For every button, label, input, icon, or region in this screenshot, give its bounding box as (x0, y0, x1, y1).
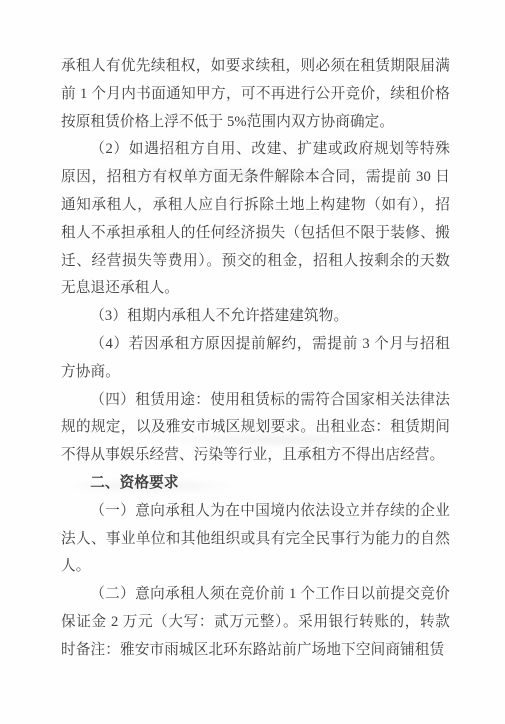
paragraph-qualification-1: （一）意向承租人为在中国境内依法设立并存续的企业法人、事业单位和其他组织或具有完… (61, 498, 450, 581)
paragraph-clause-3-no-construction: （3）租期内承租人不允许搭建建筑物。 (61, 303, 450, 331)
paragraph-clause-2-termination: （2）如遇招租方自用、改建、扩建或政府规划等特殊原因，招租方有权单方面无条件解除… (61, 136, 450, 303)
document-text-block: 承租人有优先续租权，如要求续租，则必须在租赁期限届满前 1 个月内书面通知甲方，… (61, 53, 450, 665)
document-page: 承租人有优先续租权，如要求续租，则必须在租赁期限届满前 1 个月内书面通知甲方，… (0, 0, 505, 724)
paragraph-renewal-right: 承租人有优先续租权，如要求续租，则必须在租赁期限届满前 1 个月内书面通知甲方，… (61, 53, 450, 136)
section-heading-qualification-requirements: 二、资格要求 (61, 470, 450, 498)
paragraph-clause-4-early-termination: （4）若因承租方原因提前解约，需提前 3 个月与招租方协商。 (61, 331, 450, 387)
paragraph-lease-purpose: （四）租赁用途：使用租赁标的需符合国家相关法律法规的规定，以及雅安市城区规划要求… (61, 387, 450, 470)
paragraph-qualification-2-deposit: （二）意向承租人须在竞价前 1 个工作日以前提交竞价保证金 2 万元（大写：贰万… (61, 581, 450, 664)
